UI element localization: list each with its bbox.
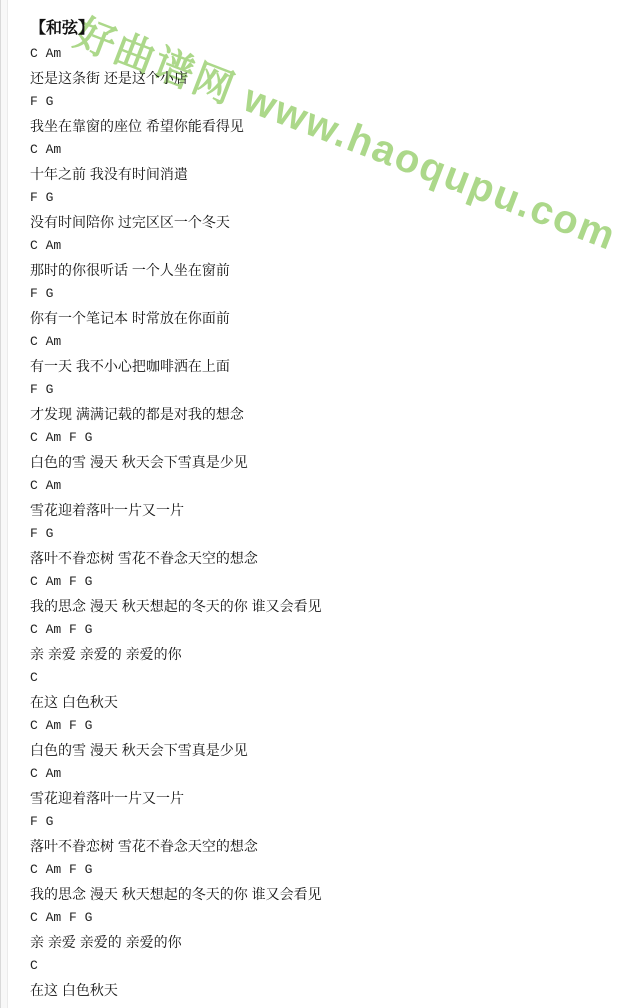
page-title: 【和弦】 [30, 16, 322, 42]
chord-line: C Am F G [30, 570, 322, 594]
lyric-line: 在这 白色秋天 [30, 978, 322, 1002]
lyric-line: 十年之前 我没有时间消遣 [30, 162, 322, 186]
lyric-line: 我的思念 漫天 秋天想起的冬天的你 谁又会看见 [30, 594, 322, 618]
song-line-pair: F G 我坐在靠窗的座位 希望你能看得见 [30, 90, 322, 138]
lyric-line: 我的思念 漫天 秋天想起的冬天的你 谁又会看见 [30, 882, 322, 906]
song-line-pair: F G 没有时间陪你 过完区区一个冬天 [30, 186, 322, 234]
lyric-line: 亲 亲爱 亲爱的 亲爱的你 [30, 642, 322, 666]
song-line-pair: C Am 那时的你很听话 一个人坐在窗前 [30, 234, 322, 282]
chord-sheet: 【和弦】 C Am 还是这条街 还是这个小店 F G 我坐在靠窗的座位 希望你能… [30, 16, 322, 1002]
lyric-line: 才发现 满满记载的都是对我的想念 [30, 402, 322, 426]
song-line-pair: C Am F G 我的思念 漫天 秋天想起的冬天的你 谁又会看见 [30, 858, 322, 906]
lyric-line: 有一天 我不小心把咖啡洒在上面 [30, 354, 322, 378]
chord-line: C Am F G [30, 714, 322, 738]
song-line-pair: F G 落叶不眷恋树 雪花不眷念天空的想念 [30, 522, 322, 570]
chord-line: C Am [30, 138, 322, 162]
lyric-line: 在这 白色秋天 [30, 690, 322, 714]
chord-line: F G [30, 186, 322, 210]
chord-line: C Am F G [30, 618, 322, 642]
song-line-pair: C 在这 白色秋天 [30, 666, 322, 714]
chord-line: C Am [30, 42, 322, 66]
left-gutter [0, 0, 8, 1008]
song-line-pair: F G 落叶不眷恋树 雪花不眷念天空的想念 [30, 810, 322, 858]
lyric-line: 那时的你很听话 一个人坐在窗前 [30, 258, 322, 282]
song-line-pair: C Am F G 我的思念 漫天 秋天想起的冬天的你 谁又会看见 [30, 570, 322, 618]
chord-line: C Am [30, 330, 322, 354]
chord-line: C Am F G [30, 858, 322, 882]
lyric-line: 落叶不眷恋树 雪花不眷念天空的想念 [30, 546, 322, 570]
lyric-line: 还是这条街 还是这个小店 [30, 66, 322, 90]
lyric-line: 落叶不眷恋树 雪花不眷念天空的想念 [30, 834, 322, 858]
lines-container: C Am 还是这条街 还是这个小店 F G 我坐在靠窗的座位 希望你能看得见 C… [30, 42, 322, 1002]
chord-line: F G [30, 522, 322, 546]
song-line-pair: F G 才发现 满满记载的都是对我的想念 [30, 378, 322, 426]
chord-line: F G [30, 282, 322, 306]
chord-line: C Am F G [30, 426, 322, 450]
song-line-pair: C Am 十年之前 我没有时间消遣 [30, 138, 322, 186]
song-line-pair: C Am F G 亲 亲爱 亲爱的 亲爱的你 [30, 618, 322, 666]
song-line-pair: C Am 雪花迎着落叶一片又一片 [30, 762, 322, 810]
song-line-pair: C Am F G 白色的雪 漫天 秋天会下雪真是少见 [30, 714, 322, 762]
lyric-line: 白色的雪 漫天 秋天会下雪真是少见 [30, 450, 322, 474]
chord-line: C Am F G [30, 906, 322, 930]
chord-line: C Am [30, 762, 322, 786]
lyric-line: 你有一个笔记本 时常放在你面前 [30, 306, 322, 330]
lyric-line: 白色的雪 漫天 秋天会下雪真是少见 [30, 738, 322, 762]
chord-line: C [30, 954, 322, 978]
chord-line: F G [30, 810, 322, 834]
lyric-line: 雪花迎着落叶一片又一片 [30, 498, 322, 522]
song-line-pair: C 在这 白色秋天 [30, 954, 322, 1002]
song-line-pair: F G 你有一个笔记本 时常放在你面前 [30, 282, 322, 330]
song-line-pair: C Am 还是这条街 还是这个小店 [30, 42, 322, 90]
song-line-pair: C Am 雪花迎着落叶一片又一片 [30, 474, 322, 522]
chord-line: F G [30, 90, 322, 114]
chord-line: C Am [30, 474, 322, 498]
song-line-pair: C Am F G 亲 亲爱 亲爱的 亲爱的你 [30, 906, 322, 954]
song-line-pair: C Am 有一天 我不小心把咖啡洒在上面 [30, 330, 322, 378]
lyric-line: 没有时间陪你 过完区区一个冬天 [30, 210, 322, 234]
chord-line: F G [30, 378, 322, 402]
lyric-line: 亲 亲爱 亲爱的 亲爱的你 [30, 930, 322, 954]
song-line-pair: C Am F G 白色的雪 漫天 秋天会下雪真是少见 [30, 426, 322, 474]
chord-line: C Am [30, 234, 322, 258]
lyric-line: 我坐在靠窗的座位 希望你能看得见 [30, 114, 322, 138]
chord-line: C [30, 666, 322, 690]
lyric-line: 雪花迎着落叶一片又一片 [30, 786, 322, 810]
